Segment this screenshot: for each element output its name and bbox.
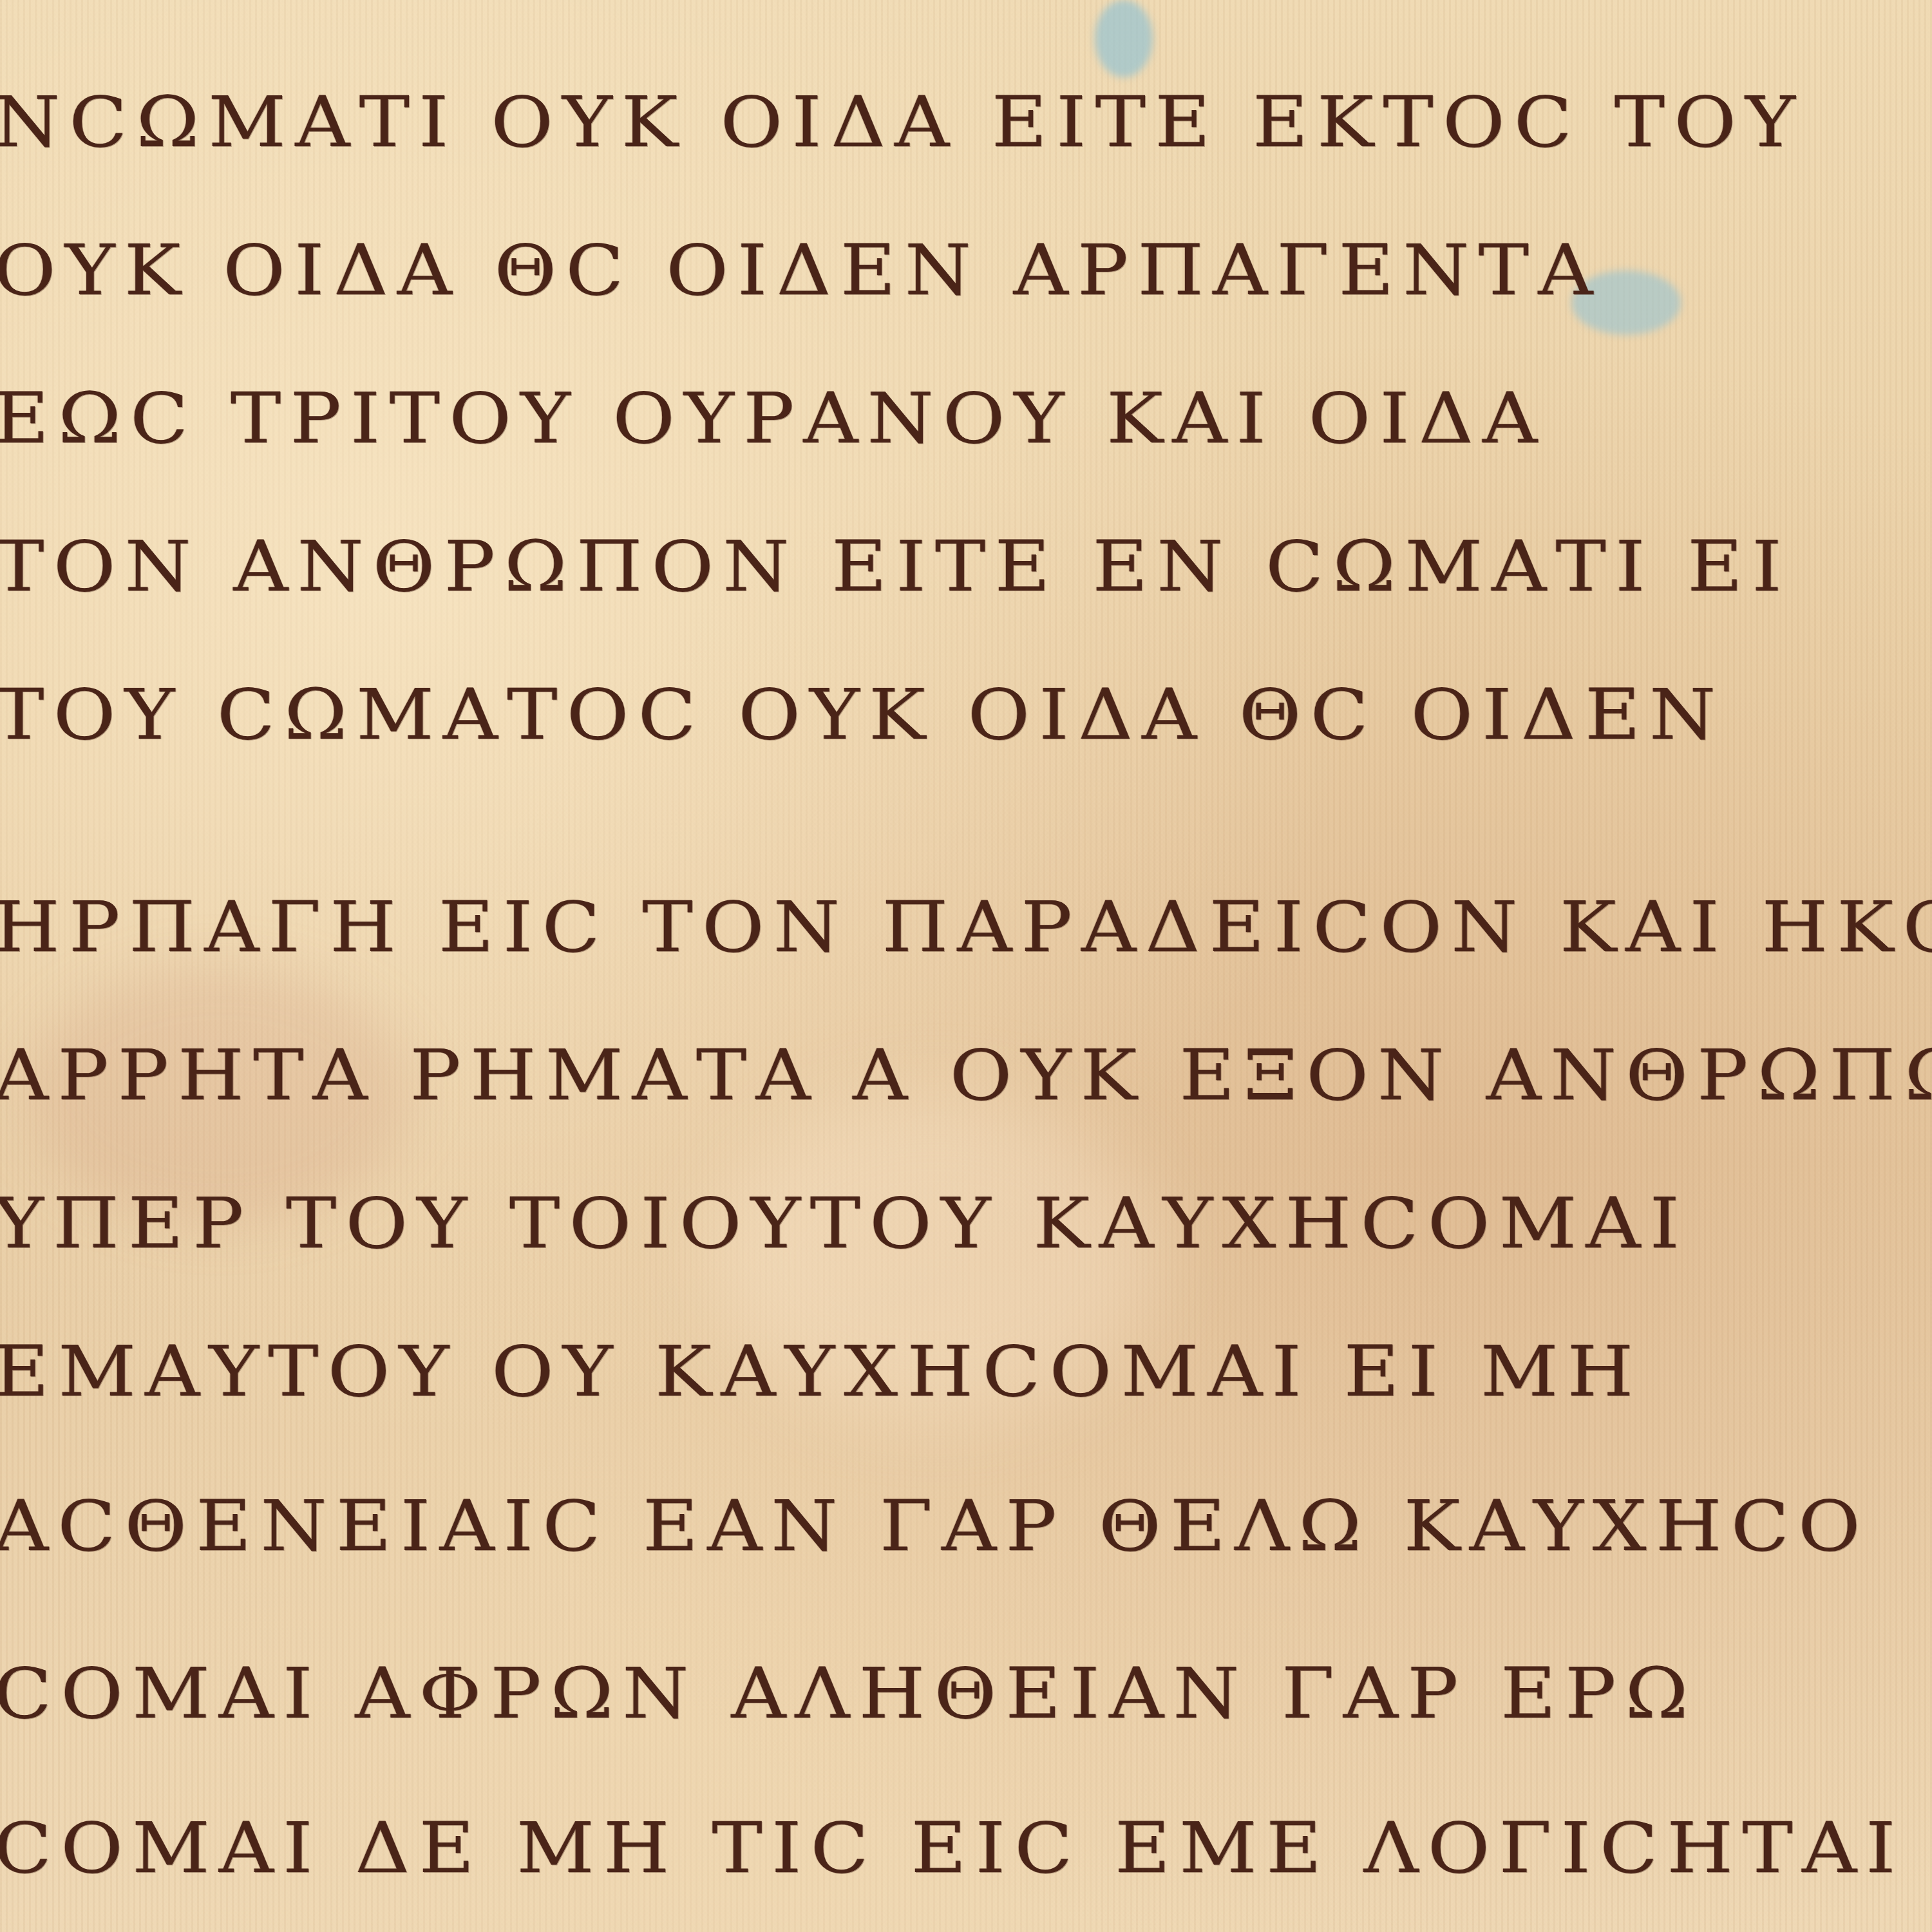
manuscript-line-3: ΕΩϹ ΤΡΙΤΟΥ ΟΥΡΑΝΟΥ ΚΑΙ ΟΙΔΑ [0,377,1546,459]
manuscript-line-11: ϹΟΜΑΙ ΑΦΡΩΝ ΑΛΗΘΕΙΑΝ ΓΑΡ ΕΡΩ [0,1653,1697,1734]
manuscript-line-9: ΕΜΑΥΤΟΥ ΟΥ ΚΑΥΧΗϹΟΜΑΙ ΕΙ ΜΗ [0,1331,1642,1412]
manuscript-line-7: ΑΡΡΗΤΑ ΡΗΜΑΤΑ Α ΟΥΚ ΕΞΟΝ ΑΝΘΡΩΠΩ [0,1034,1932,1116]
papyrus-fragment: ΝϹΩΜΑΤΙ ΟΥΚ ΟΙΔΑ ΕΙΤΕ ΕΚΤΟϹ ΤΟΥ ΟΥΚ ΟΙΔΑ… [0,0,1932,1932]
manuscript-line-1: ΝϹΩΜΑΤΙ ΟΥΚ ΟΙΔΑ ΕΙΤΕ ΕΚΤΟϹ ΤΟΥ [0,81,1804,163]
blue-stain-top [1095,0,1153,77]
manuscript-line-8: ΥΠΕΡ ΤΟΥ ΤΟΙΟΥΤΟΥ ΚΑΥΧΗϹΟΜΑΙ [0,1182,1689,1264]
manuscript-line-12: ϹΟΜΑΙ ΔΕ ΜΗ ΤΙϹ ΕΙϹ ΕΜΕ ΛΟΓΙϹΗΤΑΙ [0,1807,1905,1889]
manuscript-line-10: ΑϹΘΕΝΕΙΑΙϹ ΕΑΝ ΓΑΡ ΘΕΛΩ ΚΑΥΧΗϹΟ [0,1485,1870,1567]
manuscript-line-2: ΟΥΚ ΟΙΔΑ ΘϹ ΟΙΔΕΝ ΑΡΠΑΓΕΝΤΑ [0,229,1602,311]
manuscript-line-5: ΤΟΥ ϹΩΜΑΤΟϹ ΟΥΚ ΟΙΔΑ ΘϹ ΟΙΔΕΝ [0,674,1725,755]
manuscript-line-6: ΗΡΠΑΓΗ ΕΙϹ ΤΟΝ ΠΑΡΑΔΕΙϹΟΝ ΚΑΙ ΗΚΟΥ [0,886,1932,968]
manuscript-line-4: ΤΟΝ ΑΝΘΡΩΠΟΝ ΕΙΤΕ ΕΝ ϹΩΜΑΤΙ ΕΙ [0,526,1791,607]
